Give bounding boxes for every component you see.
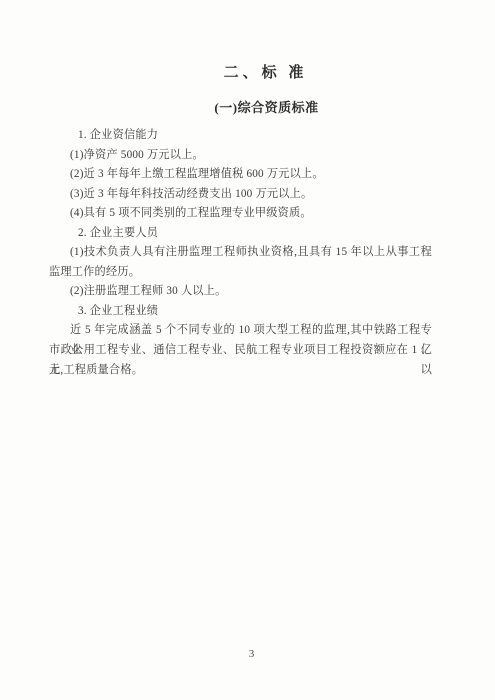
text-line: (2)近 3 年每年上缴工程监理增值税 600 万元以上。 — [49, 165, 432, 185]
text-line: 3. 企业工程业绩 — [49, 302, 432, 322]
text-line: (4)具有 5 项不同类别的工程监理专业甲级资质。 — [49, 204, 432, 224]
text-line: 市政公用工程专业、通信工程专业、民航工程专业项目工程投资额应在 1 亿元以 — [49, 341, 432, 361]
text-line: (1)净资产 5000 万元以上。 — [49, 146, 432, 166]
text-line: 1. 企业资信能力 — [49, 126, 432, 146]
document-body: 1. 企业资信能力(1)净资产 5000 万元以上。(2)近 3 年每年上缴工程… — [49, 126, 432, 380]
document-page: 二、标 准 (一)综合资质标准 1. 企业资信能力(1)净资产 5000 万元以… — [0, 0, 495, 700]
text-line: (1)技术负责人具有注册监理工程师执业资格,且具有 15 年以上从事工程 — [49, 243, 432, 263]
text-line: (3)近 3 年每年科技活动经费支出 100 万元以上。 — [49, 185, 432, 205]
text-line: 2. 企业主要人员 — [49, 224, 432, 244]
text-line: 近 5 年完成涵盖 5 个不同专业的 10 项大型工程的监理,其中铁路工程专业、 — [49, 321, 432, 341]
text-line: 监理工作的经历。 — [49, 263, 432, 283]
text-line: (2)注册监理工程师 30 人以上。 — [49, 282, 432, 302]
section-title: 二、标 准 — [18, 61, 495, 82]
page-number: 3 — [4, 648, 495, 660]
subsection-title: (一)综合资质标准 — [19, 97, 495, 116]
